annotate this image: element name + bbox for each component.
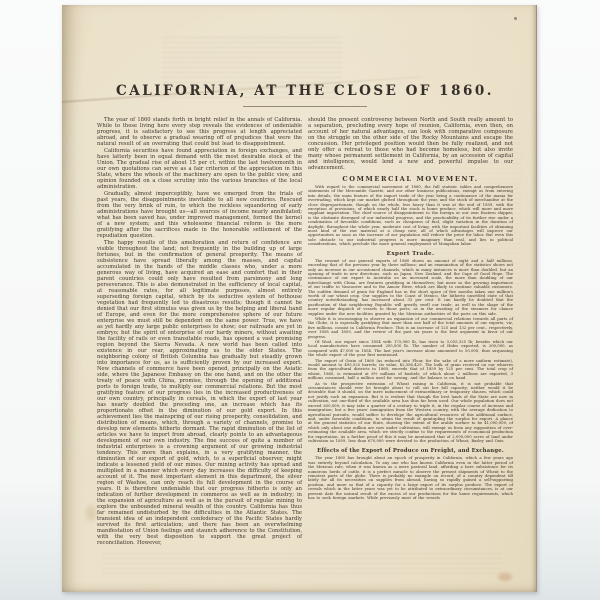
paper-stain bbox=[86, 505, 96, 521]
paragraph-continuation: should the present controversy between N… bbox=[308, 117, 513, 171]
paragraph: As to the prospective extension of Wheat… bbox=[308, 382, 513, 444]
photo-background: CALIFORNIA, AT THE CLOSE OF 1860. The ye… bbox=[0, 0, 600, 600]
section-commercial-movement: With regard to the commercial movement o… bbox=[308, 185, 513, 247]
paragraph: While it is encouraging to observe an ex… bbox=[308, 317, 513, 339]
paper-stain bbox=[498, 573, 512, 581]
paragraph: The export of Grain of 1860 (as reduced … bbox=[308, 359, 513, 381]
show-through-ghost-text bbox=[102, 553, 502, 575]
paragraph: The resumé of our general exports of 186… bbox=[308, 259, 513, 316]
page-content: CALIFORNIA, AT THE CLOSE OF 1860. The ye… bbox=[97, 5, 513, 546]
paragraph: The year 1860 has brought about an epoch… bbox=[308, 456, 513, 500]
document-page: CALIFORNIA, AT THE CLOSE OF 1860. The ye… bbox=[62, 5, 537, 592]
section-effects-export: The year 1860 has brought about an epoch… bbox=[308, 456, 513, 500]
paragraph: Of Wool, our export since 1854 with 175,… bbox=[308, 340, 513, 358]
title-divider-rule bbox=[243, 106, 367, 107]
section-export-trade: The resumé of our general exports of 186… bbox=[308, 259, 513, 444]
paragraph: With regard to the commercial movement o… bbox=[308, 185, 513, 247]
left-column: The year of 1860 stands forth in bright … bbox=[97, 117, 302, 546]
paragraph: The happy results of this amelioration a… bbox=[97, 240, 302, 546]
right-column: should the present controversy between N… bbox=[308, 117, 513, 546]
text-columns: The year of 1860 stands forth in bright … bbox=[97, 117, 513, 546]
paragraph: California securities have found appreci… bbox=[97, 148, 302, 190]
paragraph: The year of 1860 stands forth in bright … bbox=[97, 117, 302, 147]
section-heading-commercial-movement: COMMERCIAL MOVEMENT. bbox=[308, 176, 513, 182]
section-heading-effects-export: Effects of the Export of Produce on Frei… bbox=[308, 448, 513, 454]
paper-speck bbox=[514, 17, 517, 20]
page-title: CALIFORNIA, AT THE CLOSE OF 1860. bbox=[97, 83, 513, 99]
section-heading-export-trade: Export Trade. bbox=[308, 251, 513, 257]
paragraph: Gradually, almost imperceptibly, have we… bbox=[97, 191, 302, 239]
